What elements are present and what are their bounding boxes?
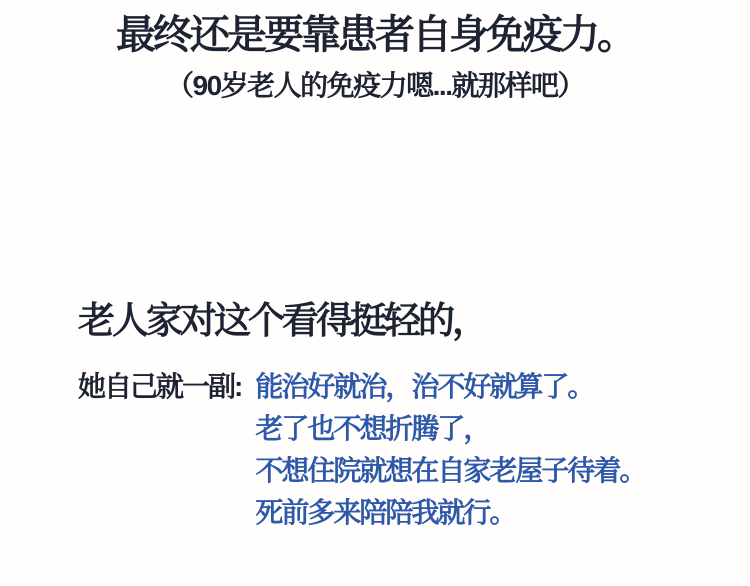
quote-line-2: 老了也不想折腾了，: [255, 408, 645, 450]
quote-line-4: 死前多来陪陪我就行。: [255, 492, 645, 534]
quote-line-1: 能治好就治，治不好就算了。: [255, 366, 645, 408]
quote-block: 她自己就一副: 能治好就治，治不好就算了。 老了也不想折腾了， 不想住院就想在自…: [78, 366, 645, 534]
quote-lines: 能治好就治，治不好就算了。 老了也不想折腾了， 不想住院就想在自家老屋子待着。 …: [255, 366, 645, 534]
quote-label: 她自己就一副:: [78, 366, 241, 408]
panel-title: 最终还是要靠患者自身免疫力。: [0, 10, 750, 60]
panel-subtitle: （90岁老人的免疫力嗯...就那样吧）: [0, 67, 750, 105]
comic-text-panel: 最终还是要靠患者自身免疫力。 （90岁老人的免疫力嗯...就那样吧） 老人家对这…: [0, 0, 750, 586]
quote-line-3: 不想住院就想在自家老屋子待着。: [255, 450, 645, 492]
section-heading: 老人家对这个看得挺轻的，: [78, 297, 486, 345]
